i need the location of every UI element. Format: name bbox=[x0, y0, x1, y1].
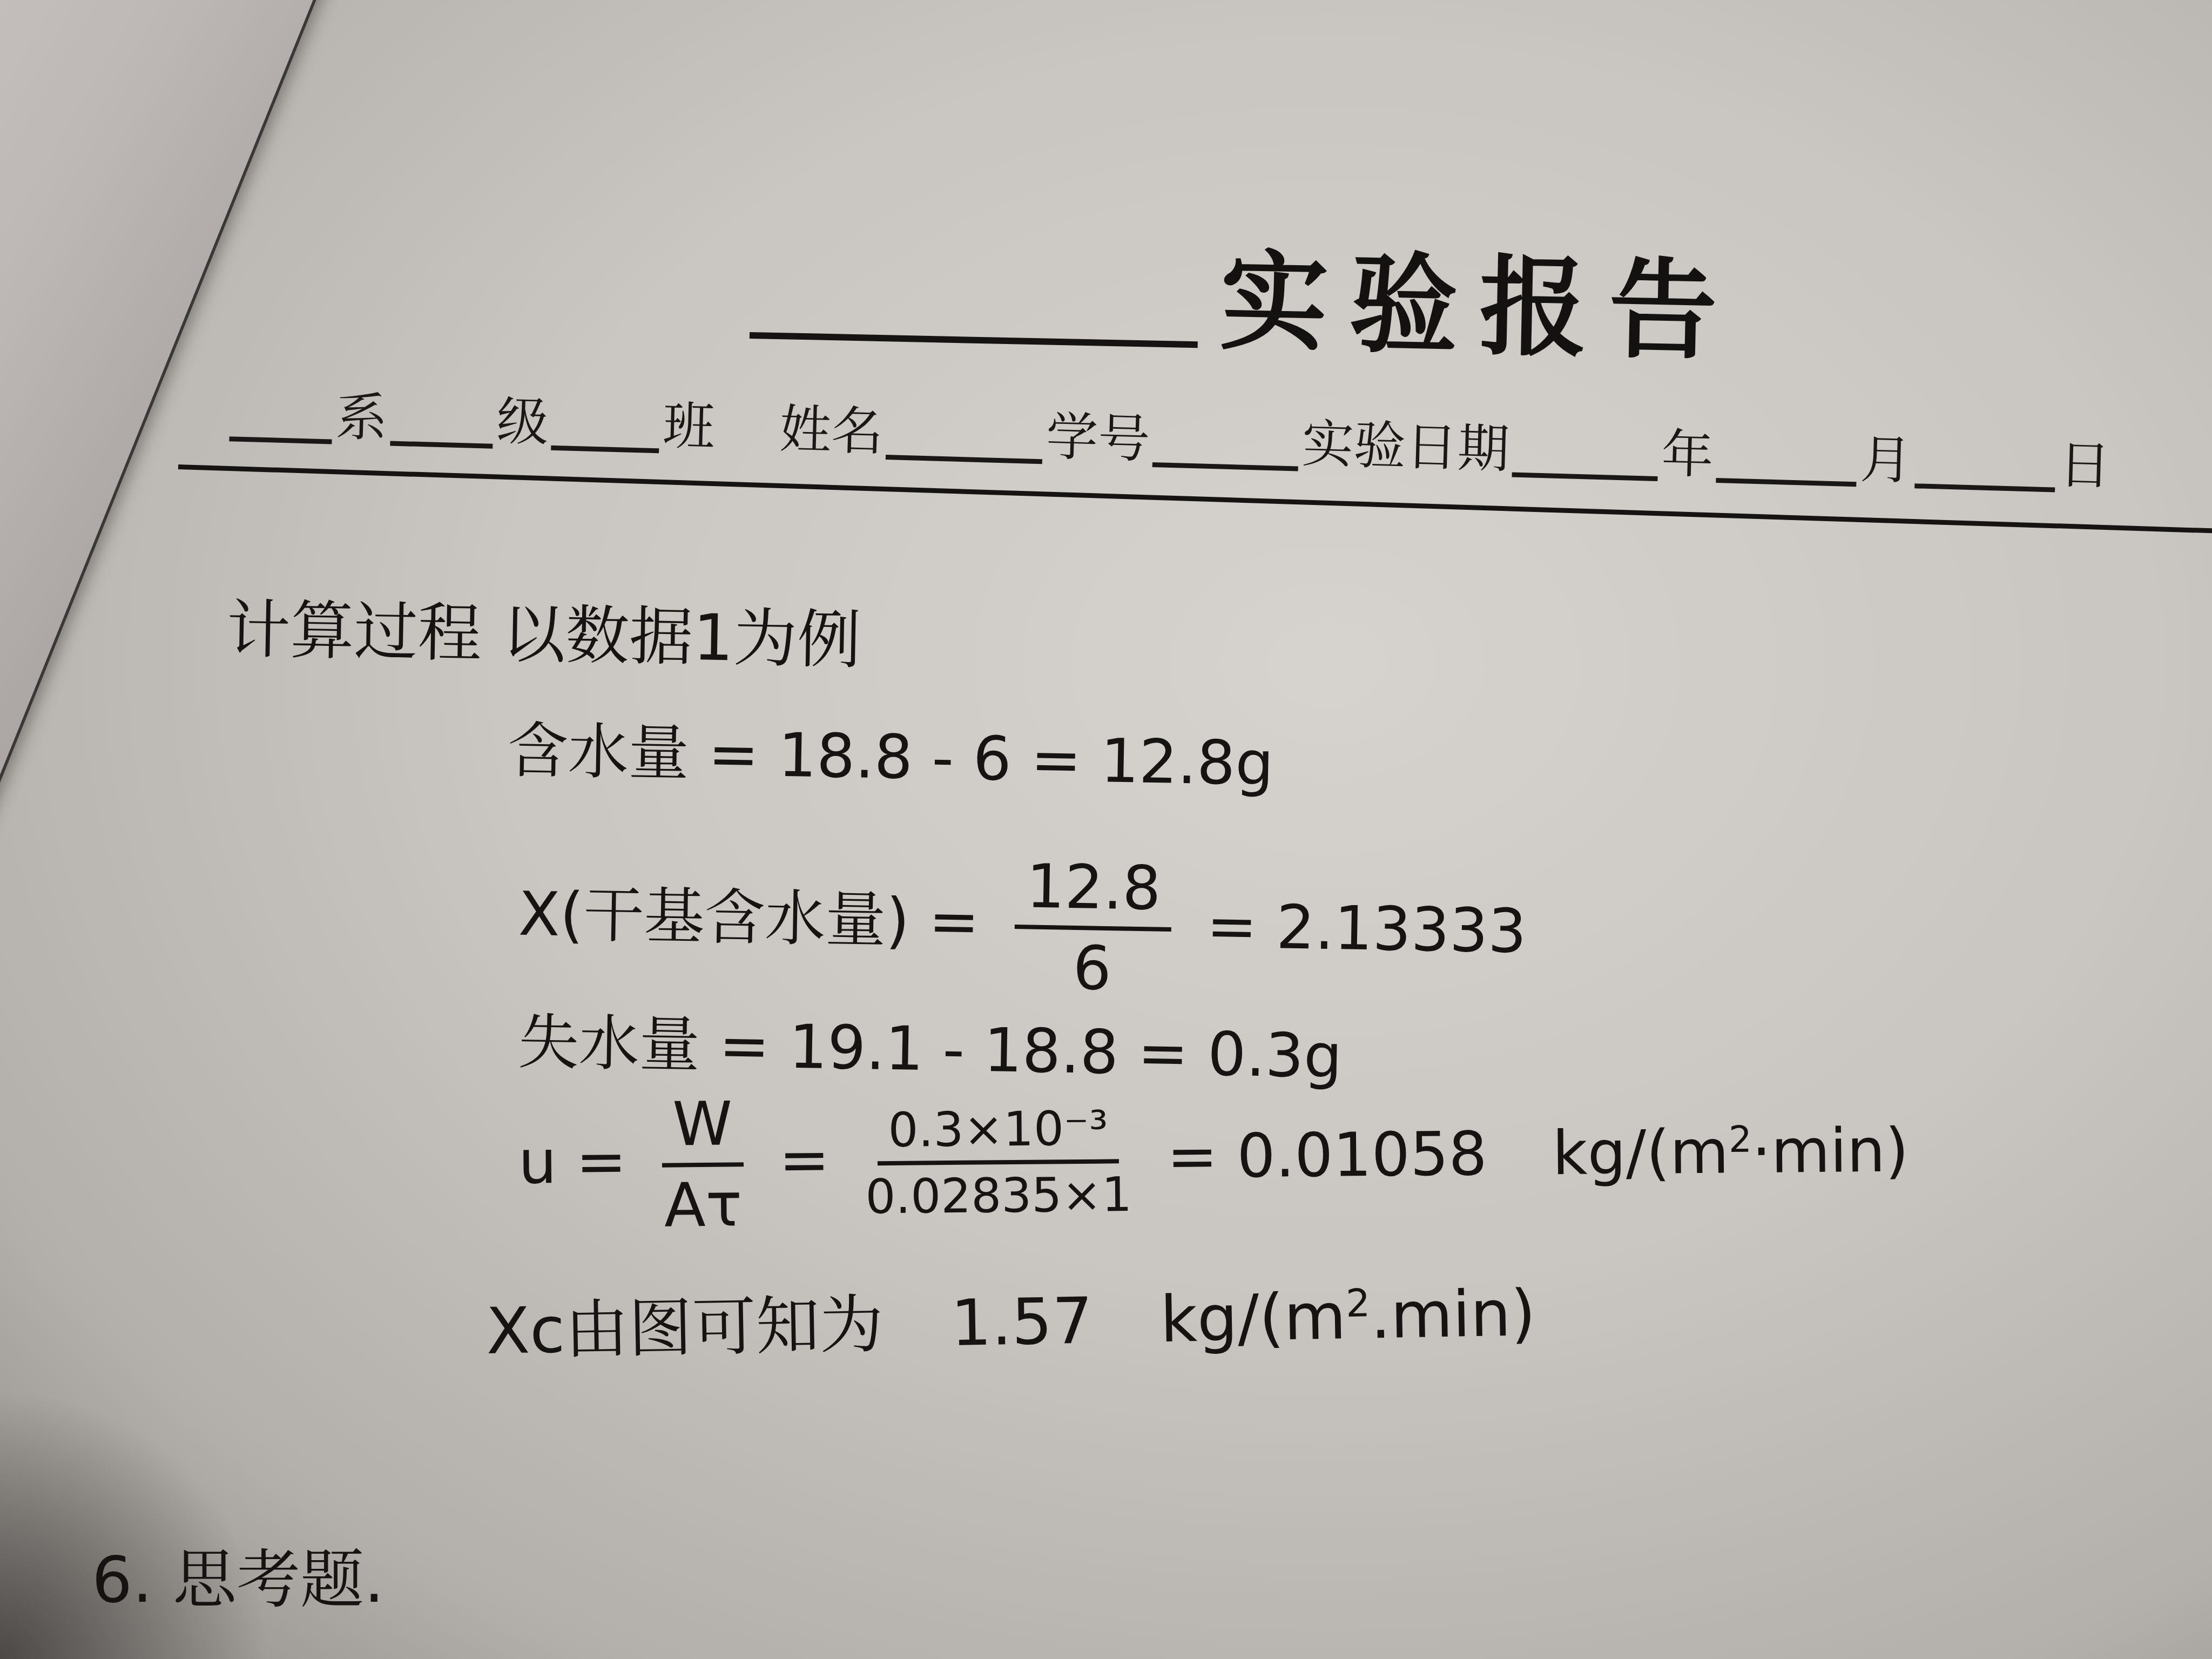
dry-basis-label: X(干基含水量) bbox=[518, 879, 910, 956]
fraction-denominator: 6 bbox=[1073, 930, 1112, 1004]
student-id-label: 学号 bbox=[1045, 395, 1151, 472]
dry-basis-fraction: 12.8 6 bbox=[1014, 851, 1172, 1005]
formula-denominator: Aτ bbox=[664, 1166, 742, 1240]
page-title: 实验报告 bbox=[1219, 215, 1741, 381]
department-label: 系 bbox=[335, 376, 389, 451]
name-blank bbox=[886, 455, 1042, 464]
year-label: 年 bbox=[1661, 413, 1715, 488]
name-label: 姓名 bbox=[779, 388, 885, 465]
class-label: 班 bbox=[662, 385, 716, 461]
experiment-date-label: 实验日期 bbox=[1301, 403, 1510, 483]
value-denominator: 0.02835×1 bbox=[865, 1163, 1132, 1224]
water-loss-expression: = 19.1 - 18.8 = 0.3g bbox=[718, 1010, 1343, 1091]
title-row: 实验报告 bbox=[749, 205, 1741, 381]
calc-line-critical-moisture: Xc由图可知为 1.57 kg/(m2.min) bbox=[485, 1262, 1536, 1372]
rate-result: = 0.01058 bbox=[1166, 1119, 1487, 1192]
day-label: 日 bbox=[2058, 424, 2112, 500]
fraction-numerator: 12.8 bbox=[1015, 851, 1172, 932]
value-numerator: 0.3×10⁻³ bbox=[877, 1100, 1119, 1165]
dry-basis-result: = 2.13333 bbox=[1206, 891, 1527, 967]
rate-formula-fraction: W Aτ bbox=[662, 1089, 744, 1240]
critical-moisture-unit: kg/(m2.min) bbox=[1159, 1276, 1536, 1357]
grade-blank bbox=[390, 441, 493, 448]
calc-line-water-content: 含水量 = 18.8 - 6 = 12.8g bbox=[507, 702, 1274, 802]
calc-line-drying-rate: u = W Aτ = 0.3×10⁻³ 0.02835×1 = 0.01058 … bbox=[518, 1079, 1910, 1242]
student-info-row: 系 级 班 姓名 学号 实验日期 年 月 日 bbox=[226, 373, 2112, 499]
department-blank bbox=[229, 436, 332, 444]
photo-scene: 实验报告 系 级 班 姓名 学号 实验日期 年 月 日 计算过程 以数据1为例 … bbox=[0, 0, 2212, 1659]
class-blank bbox=[551, 446, 659, 454]
year-blank bbox=[1512, 472, 1657, 481]
rate-lhs: u = bbox=[518, 1127, 627, 1198]
day-blank bbox=[1914, 483, 2055, 492]
student-id-blank bbox=[1152, 462, 1298, 471]
month-label: 月 bbox=[1859, 419, 1913, 494]
grade-label: 级 bbox=[496, 380, 550, 456]
rate-unit: kg/(m2·min) bbox=[1552, 1115, 1909, 1189]
water-content-expression: = 18.8 - 6 = 12.8g bbox=[707, 719, 1274, 799]
critical-moisture-label: Xc由图可知为 bbox=[485, 1287, 884, 1368]
month-blank bbox=[1716, 478, 1856, 487]
calc-line-dry-basis: X(干基含水量) = 12.8 6 = 2.13333 bbox=[517, 842, 1528, 1011]
formula-numerator: W bbox=[662, 1089, 744, 1167]
water-content-label: 含水量 bbox=[507, 716, 690, 789]
critical-moisture-value: 1.57 bbox=[950, 1283, 1094, 1360]
rate-eq: = bbox=[779, 1125, 830, 1196]
calc-heading: 计算过程 以数据1为例 bbox=[226, 578, 862, 680]
corner-shadow bbox=[0, 1389, 270, 1659]
water-loss-label: 失水量 bbox=[518, 1007, 700, 1081]
calc-line-water-loss: 失水量 = 19.1 - 18.8 = 0.3g bbox=[518, 994, 1343, 1095]
dry-basis-eq: = bbox=[928, 886, 980, 957]
title-blank-line bbox=[750, 332, 1198, 348]
rate-value-fraction: 0.3×10⁻³ 0.02835×1 bbox=[865, 1100, 1132, 1224]
report-page: 实验报告 系 级 班 姓名 学号 实验日期 年 月 日 计算过程 以数据1为例 … bbox=[0, 0, 2212, 1659]
